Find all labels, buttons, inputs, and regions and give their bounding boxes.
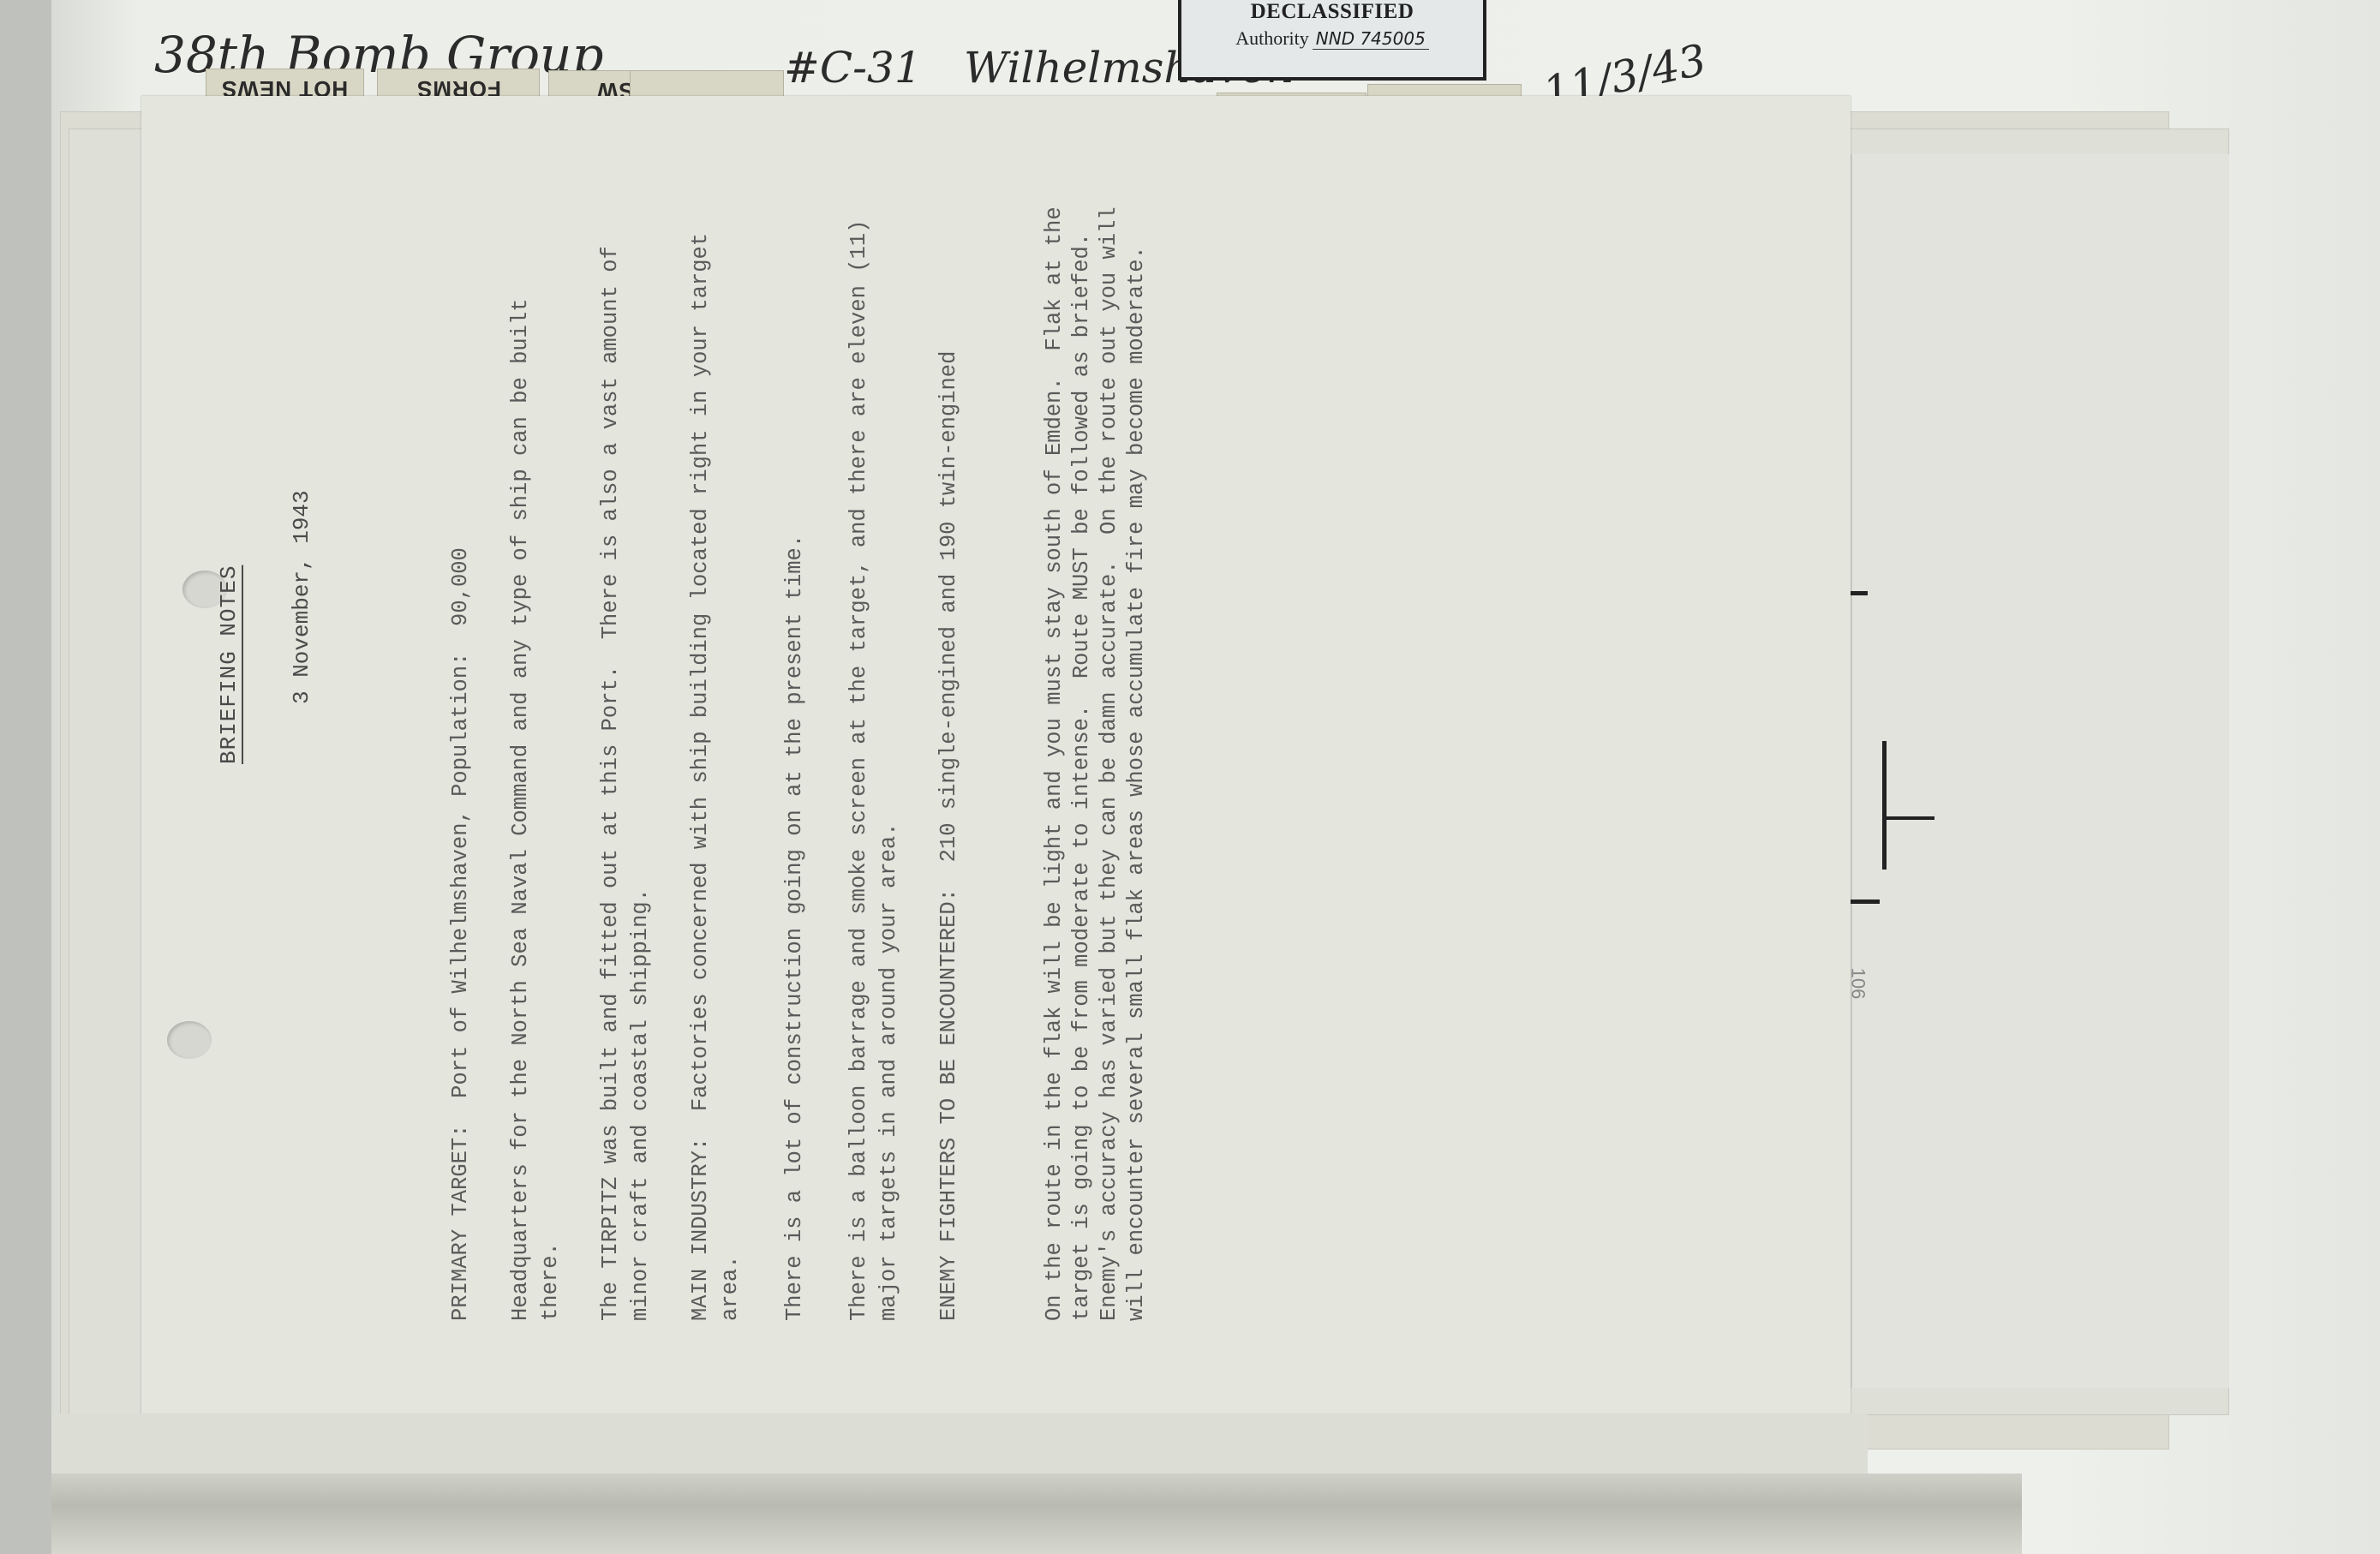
paragraph-line: Enemy's accuracy has varied but they can…: [1096, 206, 1123, 1321]
briefing-page: BRIEFING NOTES 3 November, 1943 PRIMARY …: [141, 96, 1851, 1415]
paragraph-line: There is a lot of construction going on …: [780, 535, 810, 1321]
paragraph-line: On the route in the flak will be light a…: [1041, 206, 1068, 1321]
paragraph: On the route in the flak will be light a…: [1041, 206, 1151, 1321]
stamp-heading: DECLASSIFIED: [1181, 0, 1483, 24]
paragraph-line: minor craft and coastal shipping.: [625, 246, 655, 1321]
paragraph: Headquarters for the North Sea Naval Com…: [505, 298, 565, 1321]
page-stack-edge: [51, 1473, 2022, 1554]
paragraph-line: there.: [535, 298, 565, 1321]
paragraph-line: target is going to be from moderate to i…: [1068, 206, 1096, 1321]
paragraph: ENEMY FIGHTERS TO BE ENCOUNTERED: 210 si…: [934, 351, 964, 1321]
folder-edge: [0, 0, 51, 1554]
margin-cross-vertical: [1882, 741, 1887, 870]
declassified-stamp: DECLASSIFIED AuthorityNND 745005: [1178, 0, 1486, 81]
paragraph: The TIRPITZ was built and fitted out at …: [595, 246, 655, 1321]
lower-sheet: [51, 1414, 1868, 1482]
authority-label: Authority: [1235, 27, 1309, 49]
paragraph: There is a lot of construction going on …: [780, 535, 810, 1321]
paragraph-line: major targets in and around your area.: [874, 220, 904, 1321]
stamp-authority: AuthorityNND 745005: [1181, 27, 1483, 50]
paragraph-line: Headquarters for the North Sea Naval Com…: [505, 298, 535, 1321]
paragraph-line: There is a balloon barrage and smoke scr…: [844, 220, 874, 1321]
authority-value: NND 745005: [1313, 28, 1429, 50]
paragraph: PRIMARY TARGET: Port of Wilhelmshaven, P…: [446, 547, 475, 1321]
handwritten-mission: #C-31: [784, 43, 922, 93]
right-sheet: [1851, 154, 2229, 1388]
paragraph-line: will encounter several small flak areas …: [1123, 206, 1151, 1321]
document-title: BRIEFING NOTES: [214, 565, 244, 764]
paragraph-line: area.: [715, 233, 745, 1321]
paragraph-line: MAIN INDUSTRY: Factories concerned with …: [685, 233, 715, 1321]
margin-cross-horizontal: [1885, 816, 1934, 820]
paragraph-line: ENEMY FIGHTERS TO BE ENCOUNTERED: 210 si…: [934, 351, 964, 1321]
paragraph: MAIN INDUSTRY: Factories concerned with …: [685, 233, 745, 1321]
paragraph: There is a balloon barrage and smoke scr…: [844, 220, 904, 1321]
rotated-text-frame: BRIEFING NOTES 3 November, 1943 PRIMARY …: [141, 96, 1851, 1415]
document-date: 3 November, 1943: [287, 490, 317, 704]
paragraph-line: The TIRPITZ was built and fitted out at …: [595, 246, 625, 1321]
paragraph-line: PRIMARY TARGET: Port of Wilhelmshaven, P…: [446, 547, 475, 1321]
